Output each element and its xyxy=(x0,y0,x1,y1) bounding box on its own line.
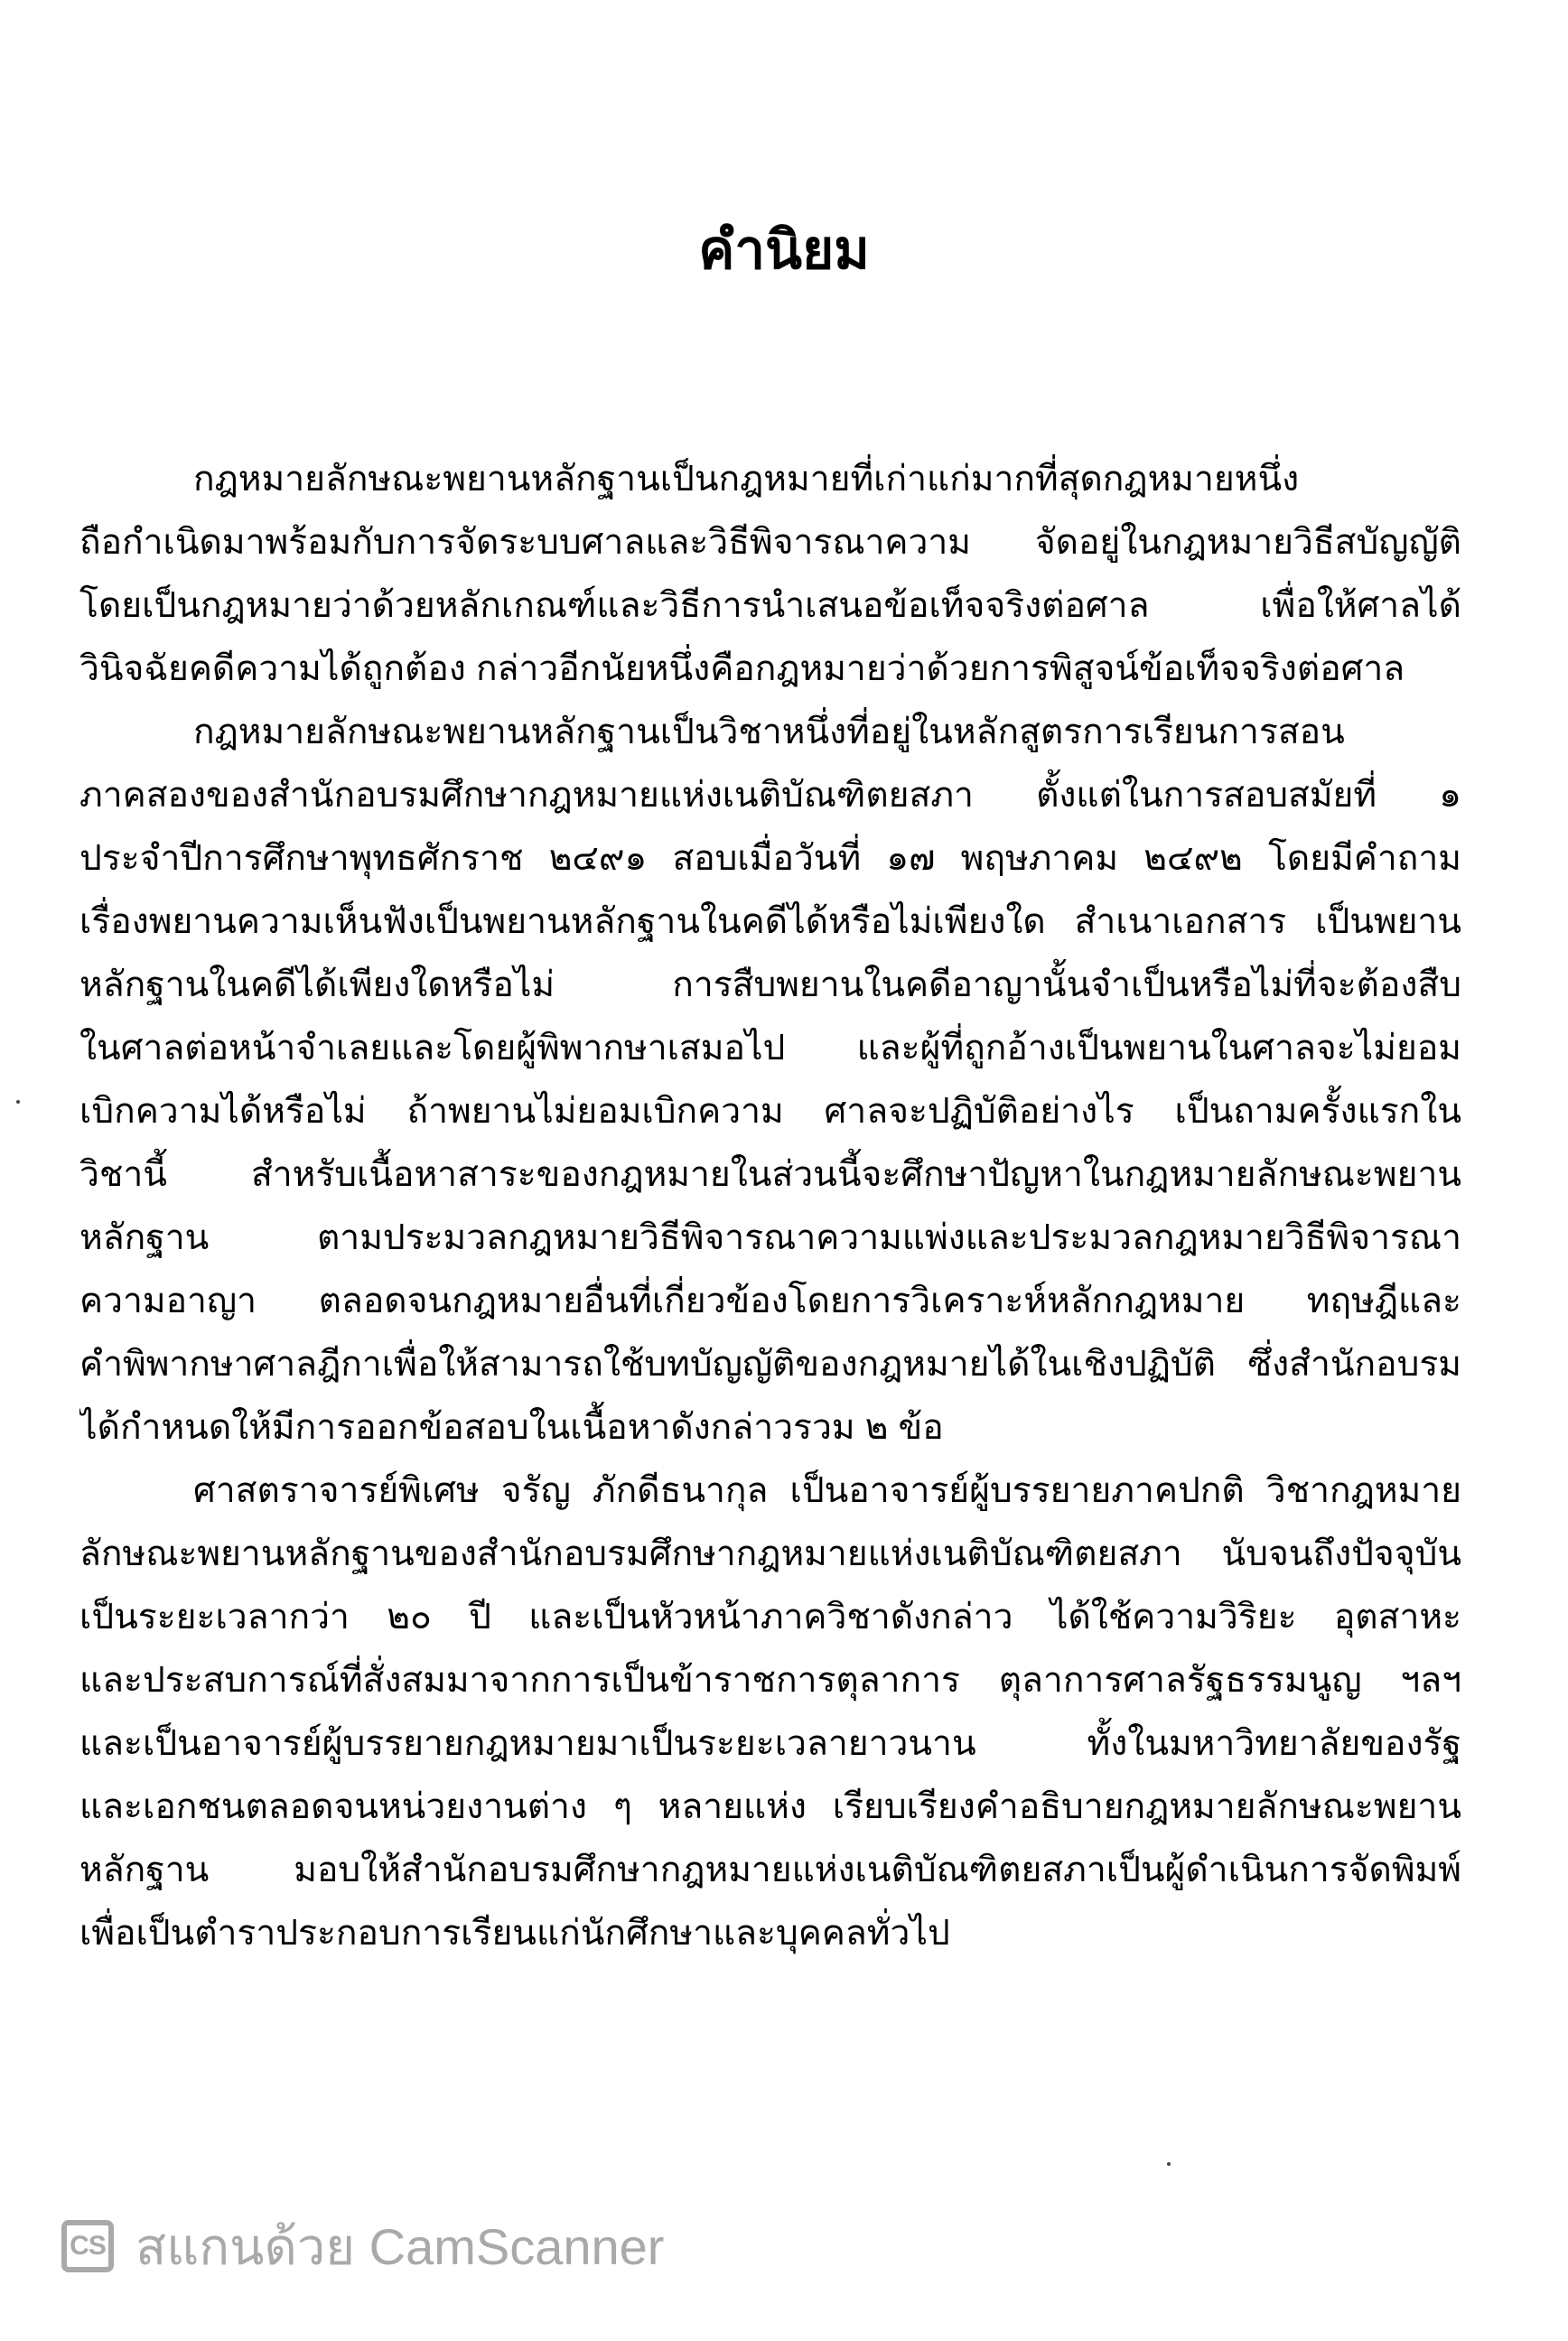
text-line-content: ประจำปีการศึกษาพุทธศักราช ๒๔๙๑ สอบเมื่อว… xyxy=(79,827,1461,891)
text-line-content: ความอาญา ตลอดจนกฎหมายอื่นที่เกี่ยวข้องโด… xyxy=(79,1270,1461,1333)
scan-speck xyxy=(1167,2162,1171,2166)
text-line: เป็นระยะเวลากว่า ๒๐ ปี และเป็นหัวหน้าภาค… xyxy=(79,1586,1461,1649)
text-line-content: ศาสตราจารย์พิเศษ จรัญ ภักดีธนากุล เป็นอา… xyxy=(193,1460,1461,1523)
text-line: หลักฐาน มอบให้สำนักอบรมศึกษากฎหมายแห่งเน… xyxy=(79,1839,1461,1902)
paragraph-1: กฎหมายลักษณะพยานหลักฐานเป็นกฎหมายที่เก่า… xyxy=(79,448,1461,701)
text-line-content: หลักฐาน มอบให้สำนักอบรมศึกษากฎหมายแห่งเน… xyxy=(79,1839,1461,1902)
camscanner-watermark: CS สแกนด้วย CamScanner xyxy=(61,2215,664,2278)
text-line-content: ได้กำหนดให้มีการออกข้อสอบในเนื้อหาดังกล่… xyxy=(79,1396,1461,1460)
text-line-content: และประสบการณ์ที่สั่งสมมาจากการเป็นข้าราช… xyxy=(79,1649,1461,1712)
text-line: และเป็นอาจารย์ผู้บรรยายกฎหมายมาเป็นระยะเ… xyxy=(79,1712,1461,1776)
text-line: กฎหมายลักษณะพยานหลักฐานเป็นวิชาหนึ่งที่อ… xyxy=(79,701,1461,764)
text-line-content: กฎหมายลักษณะพยานหลักฐานเป็นวิชาหนึ่งที่อ… xyxy=(193,701,1461,764)
text-line-content: กฎหมายลักษณะพยานหลักฐานเป็นกฎหมายที่เก่า… xyxy=(193,448,1461,511)
text-line: หลักฐานในคดีได้เพียงใดหรือไม่ การสืบพยาน… xyxy=(79,954,1461,1017)
text-line-content: ถือกำเนิดมาพร้อมกับการจัดระบบศาลและวิธีพ… xyxy=(79,511,1461,574)
text-line-content: ในศาลต่อหน้าจำเลยและโดยผู้พิพากษาเสมอไป … xyxy=(79,1017,1461,1080)
text-line: ลักษณะพยานหลักฐานของสำนักอบรมศึกษากฎหมาย… xyxy=(79,1523,1461,1586)
text-line-content: เบิกความได้หรือไม่ ถ้าพยานไม่ยอมเบิกความ… xyxy=(79,1080,1461,1143)
text-line-content: วินิจฉัยคดีความได้ถูกต้อง กล่าวอีกนัยหนึ… xyxy=(79,638,1461,701)
text-line: เรื่องพยานความเห็นฟังเป็นพยานหลักฐานในคด… xyxy=(79,891,1461,954)
text-line: หลักฐาน ตามประมวลกฎหมายวิธีพิจารณาความแพ… xyxy=(79,1207,1461,1270)
text-line-content: หลักฐานในคดีได้เพียงใดหรือไม่ การสืบพยาน… xyxy=(79,954,1461,1017)
text-line-content: วิชานี้ สำหรับเนื้อหาสาระของกฎหมายในส่วน… xyxy=(79,1143,1461,1207)
text-line-content: เรื่องพยานความเห็นฟังเป็นพยานหลักฐานในคด… xyxy=(79,891,1461,954)
camscanner-logo-icon: CS xyxy=(61,2220,114,2272)
text-line: เพื่อเป็นตำราประกอบการเรียนแก่นักศึกษาแล… xyxy=(79,1902,1461,1965)
text-line: ถือกำเนิดมาพร้อมกับการจัดระบบศาลและวิธีพ… xyxy=(79,511,1461,574)
text-line: วินิจฉัยคดีความได้ถูกต้อง กล่าวอีกนัยหนึ… xyxy=(79,638,1461,701)
text-line: ในศาลต่อหน้าจำเลยและโดยผู้พิพากษาเสมอไป … xyxy=(79,1017,1461,1080)
scan-speck xyxy=(16,1100,20,1104)
watermark-text: สแกนด้วย CamScanner xyxy=(135,2206,664,2287)
text-line-content: คำพิพากษาศาลฎีกาเพื่อให้สามารถใช้บทบัญญั… xyxy=(79,1333,1461,1396)
text-line: ประจำปีการศึกษาพุทธศักราช ๒๔๙๑ สอบเมื่อว… xyxy=(79,827,1461,891)
page-title: คำนิยม xyxy=(0,210,1568,291)
text-line-content: เพื่อเป็นตำราประกอบการเรียนแก่นักศึกษาแล… xyxy=(79,1902,1461,1965)
text-line-content: ลักษณะพยานหลักฐานของสำนักอบรมศึกษากฎหมาย… xyxy=(79,1523,1461,1586)
text-line-content: และเอกชนตลอดจนหน่วยงานต่าง ๆ หลายแห่ง เร… xyxy=(79,1776,1461,1839)
text-line: และเอกชนตลอดจนหน่วยงานต่าง ๆ หลายแห่ง เร… xyxy=(79,1776,1461,1839)
text-line: โดยเป็นกฎหมายว่าด้วยหลักเกณฑ์และวิธีการน… xyxy=(79,574,1461,638)
text-line: กฎหมายลักษณะพยานหลักฐานเป็นกฎหมายที่เก่า… xyxy=(79,448,1461,511)
text-line-content: ภาคสองของสำนักอบรมศึกษากฎหมายแห่งเนติบัณ… xyxy=(79,764,1461,827)
text-line: ความอาญา ตลอดจนกฎหมายอื่นที่เกี่ยวข้องโด… xyxy=(79,1270,1461,1333)
paragraph-3: ศาสตราจารย์พิเศษ จรัญ ภักดีธนากุล เป็นอา… xyxy=(79,1460,1461,1965)
text-line: และประสบการณ์ที่สั่งสมมาจากการเป็นข้าราช… xyxy=(79,1649,1461,1712)
text-line-content: หลักฐาน ตามประมวลกฎหมายวิธีพิจารณาความแพ… xyxy=(79,1207,1461,1270)
text-line: ภาคสองของสำนักอบรมศึกษากฎหมายแห่งเนติบัณ… xyxy=(79,764,1461,827)
text-line: เบิกความได้หรือไม่ ถ้าพยานไม่ยอมเบิกความ… xyxy=(79,1080,1461,1143)
text-line: วิชานี้ สำหรับเนื้อหาสาระของกฎหมายในส่วน… xyxy=(79,1143,1461,1207)
text-line: คำพิพากษาศาลฎีกาเพื่อให้สามารถใช้บทบัญญั… xyxy=(79,1333,1461,1396)
text-line-content: โดยเป็นกฎหมายว่าด้วยหลักเกณฑ์และวิธีการน… xyxy=(79,574,1461,638)
text-line-content: และเป็นอาจารย์ผู้บรรยายกฎหมายมาเป็นระยะเ… xyxy=(79,1712,1461,1776)
text-line-content: เป็นระยะเวลากว่า ๒๐ ปี และเป็นหัวหน้าภาค… xyxy=(79,1586,1461,1649)
document-body: กฎหมายลักษณะพยานหลักฐานเป็นกฎหมายที่เก่า… xyxy=(79,448,1461,1965)
text-line: ได้กำหนดให้มีการออกข้อสอบในเนื้อหาดังกล่… xyxy=(79,1396,1461,1460)
text-line: ศาสตราจารย์พิเศษ จรัญ ภักดีธนากุล เป็นอา… xyxy=(79,1460,1461,1523)
paragraph-2: กฎหมายลักษณะพยานหลักฐานเป็นวิชาหนึ่งที่อ… xyxy=(79,701,1461,1460)
